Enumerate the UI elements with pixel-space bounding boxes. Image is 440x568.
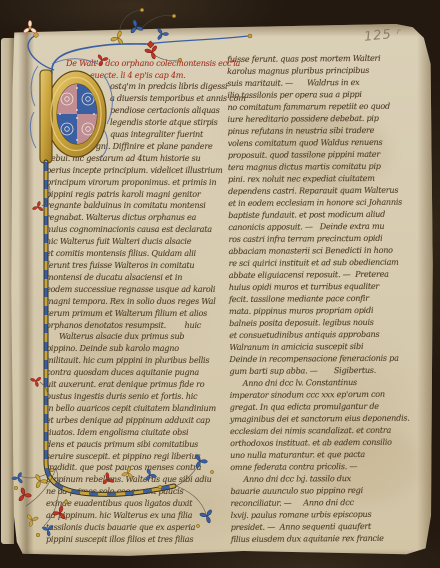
manuscript-text-line: a diuersis temporibus et annis com (46, 93, 236, 105)
manuscript-text-line: militauit. hic cum pippini in pluribus b… (46, 355, 236, 367)
folio-mark: r (396, 27, 402, 38)
manuscript-page: 125r De Walt'o dco orphano colecmontensi… (10, 24, 434, 558)
manuscript-text-line: De Walt'o dco orphano colecmontensis ecc… (46, 57, 236, 69)
manuscript-text-line: legendis storie atque stirpis (46, 117, 236, 129)
manuscript-text-line: in bello auaricos cepit ciuitatem blandi… (46, 402, 236, 414)
manuscript-text-line: exinde euadentibus quos ligatos duxit (46, 498, 236, 510)
manuscript-text-line: pippino. Deinde sub karolo magno (46, 343, 236, 355)
manuscript-text-line: uit auxerunt. erat denique primus fide r… (46, 378, 236, 390)
manuscript-text-line: orphanos denotatos resumpsit. huic (46, 319, 236, 331)
manuscript-text-line: perius incepte principium. videlicet ill… (46, 164, 236, 176)
manuscript-text-line: tassilonis ducis bauarie que ex asperia (46, 521, 236, 533)
manuscript-text-line: usque regni. Diffinire et plane pandere (46, 140, 236, 152)
manuscript-text-line: euecte. li 4 ep'is cap 4m. (46, 69, 236, 81)
text-column-right: fuisse ferunt. quas post mortem Walterik… (227, 51, 427, 545)
manuscript-text-line: principum virorum proponimus. et primis … (46, 176, 236, 188)
manuscript-text-line: et urbes denique ad pippinum adduxit cap (46, 414, 236, 426)
gutter-crease (18, 24, 34, 558)
manuscript-text-line: magni tempora. Rex in solio duos reges W… (46, 295, 236, 307)
manuscript-text-line: seruire suscepit. et pippino regi liberi… (46, 450, 236, 462)
page-bottom-edge (10, 549, 434, 558)
manuscript-text-line: Walterus alsacie dux primus sub (46, 331, 236, 343)
manuscript-text-line: ad pippinum. hic Walterus ex una filia (46, 509, 236, 521)
manuscript-text-line: regnabat. Walterus dictus orphanus ea (46, 212, 236, 224)
folio-number: 125r (363, 26, 401, 45)
manuscript-text-line: montensi de ducatu alsaciensi et in (46, 271, 236, 283)
manuscript-text-line: pippini regis patris karoli magni genito… (46, 188, 236, 200)
manuscript-text-line: pippinum rebellans. Walterus que sibi ad… (46, 474, 236, 486)
manuscript-text-line: et comitis montensis filius. Quidam alii (46, 248, 236, 260)
manuscript-text-line: ostq'm in predcis libris digessi (46, 81, 236, 93)
manuscript-text-line: regnante balduinus in comitatu montensi (46, 200, 236, 212)
manuscript-text-line: hic Walterus fuit Walteri ducis alsacie (46, 236, 236, 248)
folio-number-text: 125 (363, 27, 392, 45)
text-column-left: De Walt'o dco orphano colecmontensis ecc… (46, 57, 236, 545)
manuscript-text-line: quas integraliter fuerint (46, 128, 236, 140)
manuscript-text-line: huius cognominacionis causa est declarat… (46, 224, 236, 236)
manuscript-text-line: filius eiusdem dux aquitanie rex francie (231, 531, 427, 545)
manuscript-text-line: pippini suscepit illos filios et tres fi… (46, 533, 236, 545)
manuscript-text-line: contra quosdam duces aquitanie pugna (46, 367, 236, 379)
manuscript-text-line: debui. hic gestarum ad 4tum historie su (46, 152, 236, 164)
manuscript-text-line: bustus ingestis duris senio et fortis. h… (46, 390, 236, 402)
manuscript-text-line: pendiose certacionis aliquas (46, 105, 236, 117)
photo-background: 125r De Walt'o dco orphano colecmontensi… (0, 0, 440, 568)
manuscript-text-line: terum primum et Walterum filium et alios (46, 307, 236, 319)
manuscript-text-line: tradidit. que post paucos menses contra (46, 462, 236, 474)
manuscript-text-line: ne ad primos solo coegerunt paucis (46, 486, 236, 498)
manuscript-text-line: ferunt tres fuisse Walteros in comitatu (46, 259, 236, 271)
manuscript-text-line: tiuatos. Idem engolisma ciuitate obsi (46, 426, 236, 438)
manuscript-text-line: dens et paucis primum sibi comitatibus (46, 438, 236, 450)
manuscript-text-line: eodem successiue regnasse usque ad karol… (46, 283, 236, 295)
